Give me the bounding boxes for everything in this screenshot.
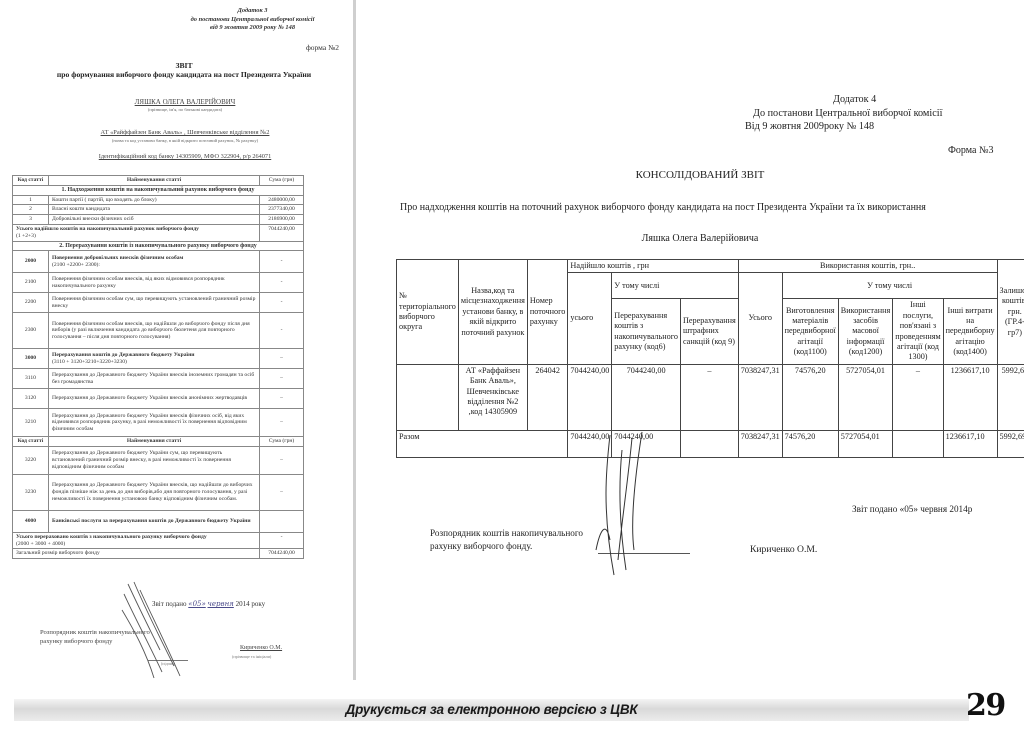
header-sum: Сума (грн) — [260, 176, 304, 186]
col-bank: Назва,код та місцезнаходження установи б… — [458, 260, 527, 365]
form-2-report: Додаток 3 до постанови Центральної вибор… — [0, 0, 356, 680]
bank-code: Ідентифікаційний код банку 14305909, МФО… — [70, 153, 300, 160]
table-row: 2000Повернення добровільних внесків фізи… — [13, 251, 304, 273]
table-row: АТ «Раффайзен Банк Аваль», Шевченківське… — [397, 364, 1024, 430]
table-row: 2Власні кошти кандидата2377340,00 — [13, 205, 304, 215]
col-received-fines: Перерахування штрафних санкцій (код 9) — [680, 299, 738, 364]
header-code: Код статті — [13, 437, 49, 447]
table-row: 3110Перерахування до Державного бюджету … — [13, 369, 304, 389]
table-row: 2100Повернення фізичним особам внесків, … — [13, 273, 304, 293]
grand-total-row: Загальний розмір виборчого фонду7044240,… — [13, 549, 304, 559]
table-row: 3230Перерахування до Державного бюджету … — [13, 474, 304, 510]
page-number: 29 — [966, 688, 1005, 723]
fund-formation-table: Код статтіНайменування статтіСума (грн)1… — [12, 175, 304, 437]
header-code: Код статті — [13, 176, 49, 186]
table-row: 2300Повернення фізичним особам внесків, … — [13, 313, 304, 349]
total-row: Усього надійшло коштів на накопичувальни… — [13, 224, 304, 241]
header-row-1: № територіального виборчого округа Назва… — [397, 260, 1024, 273]
signer-name: Кириченко О.М. — [750, 544, 817, 555]
fund-manager-label: Розпорядник коштів накопичувального раху… — [430, 527, 583, 553]
footer-text: Друкується за електронною версією з ЦВК — [14, 702, 969, 717]
submitted-date: Звіт подано «05» червня 2014р — [852, 504, 972, 514]
table-row: 3Добровільні внески фізичних осіб2186900… — [13, 215, 304, 225]
col-including: У тому числі — [612, 273, 738, 299]
report-subtitle: Про надходження коштів на поточний рахун… — [400, 202, 926, 213]
header-name: Найменування статті — [49, 437, 260, 447]
signature-line — [598, 553, 690, 554]
col-spent-media: Використання засобів масової інформації … — [838, 299, 892, 364]
col-spent-materials: Виготовлення матеріалів передвиборної аг… — [782, 299, 838, 364]
col-spent-total: Усього — [738, 273, 782, 364]
col-account: Номер поточного рахунку — [527, 260, 568, 365]
col-balance: Залишок коштів, грн. (ГР.4-гр7) — [997, 260, 1024, 365]
form-number: Форма №3 — [948, 145, 994, 156]
report-title: ЗВІТ про формування виборчого фонду канд… — [50, 61, 318, 79]
table-header: Код статтіНайменування статтіСума (грн) — [13, 176, 304, 186]
table-row: 4000Банківські послуги за перерахування … — [13, 510, 304, 532]
table-row: 3000Перерахування коштів до Державного б… — [13, 349, 304, 369]
col-spent-other: Інші витрати на передвиборну агітацію (к… — [943, 299, 997, 364]
table-header: Код статтіНайменування статтіСума (грн) — [13, 437, 304, 447]
col-spent-services: Інші послуги, пов'язані з проведенням аг… — [893, 299, 943, 364]
table-row: 2200Повернення фізичним особам сум, що п… — [13, 293, 304, 313]
col-received-transfer: Перерахування коштів з накопичувального … — [612, 299, 681, 364]
footer-bar: Друкується за електронною версією з ЦВК — [14, 699, 969, 721]
form-3-consolidated-report: Додаток 4 До постанови Центральної вибор… — [360, 0, 1024, 680]
header-name: Найменування статті — [49, 176, 260, 186]
table-row: 3210Перерахування до Державного бюджету … — [13, 409, 304, 437]
section-title: 2. Перерахування коштів із накопичувальн… — [13, 241, 304, 251]
col-district: № територіального виборчого округа — [397, 260, 459, 365]
consolidated-table: № територіального виборчого округа Назва… — [396, 259, 1024, 458]
bank-name: АТ «Райффайзен Банк Аваль» , Шевченківсь… — [70, 129, 300, 145]
header-sum: Сума (грн) — [260, 437, 304, 447]
candidate-name: ЛЯШКА ОЛЕГА ВАЛЕРІЙОВИЧ (прізвище, ім'я,… — [100, 98, 270, 114]
total-row: Усього перераховано коштів з накопичувал… — [13, 532, 304, 549]
col-received-total: усього — [568, 273, 612, 364]
col-spent-group: Використання коштів, грн.. — [738, 260, 997, 273]
annex-header: Додаток 3 до постанови Центральної вибор… — [170, 7, 335, 33]
signer-hint: (прізвище та ініціали) — [232, 654, 271, 659]
col-received-group: Надійшло коштів , грн — [568, 260, 738, 273]
annex-header: Додаток 4 До постанови Центральної вибор… — [745, 93, 942, 134]
report-title: КОНСОЛІДОВАНИЙ ЗВІТ — [360, 169, 1024, 181]
col-spent-including: У тому числі — [782, 273, 997, 299]
submitted-date: Звіт подано «05» червня 2014 року — [152, 600, 265, 608]
table-row: 1Кошти партії ( партій, що входять до бл… — [13, 195, 304, 205]
candidate-name: Ляшка Олега Валерійовича — [360, 233, 1024, 244]
section-title: 1. Надходження коштів на накопичувальний… — [13, 185, 304, 195]
form-number: форма №2 — [306, 43, 339, 52]
total-row: Разом 7044240,00 7044240,00 7038247,31 7… — [397, 430, 1024, 457]
fund-manager-label: Розпорядник коштів накопичувального раху… — [40, 628, 150, 646]
table-row: 3120Перерахування до Державного бюджету … — [13, 389, 304, 409]
table-row: 3220Перерахування до Державного бюджету … — [13, 446, 304, 474]
fund-formation-table-continued: Код статтіНайменування статтіСума (грн)3… — [12, 436, 304, 559]
signature-line: (підпис) — [148, 660, 188, 666]
signer-name: Кириченко О.М. — [240, 645, 282, 651]
